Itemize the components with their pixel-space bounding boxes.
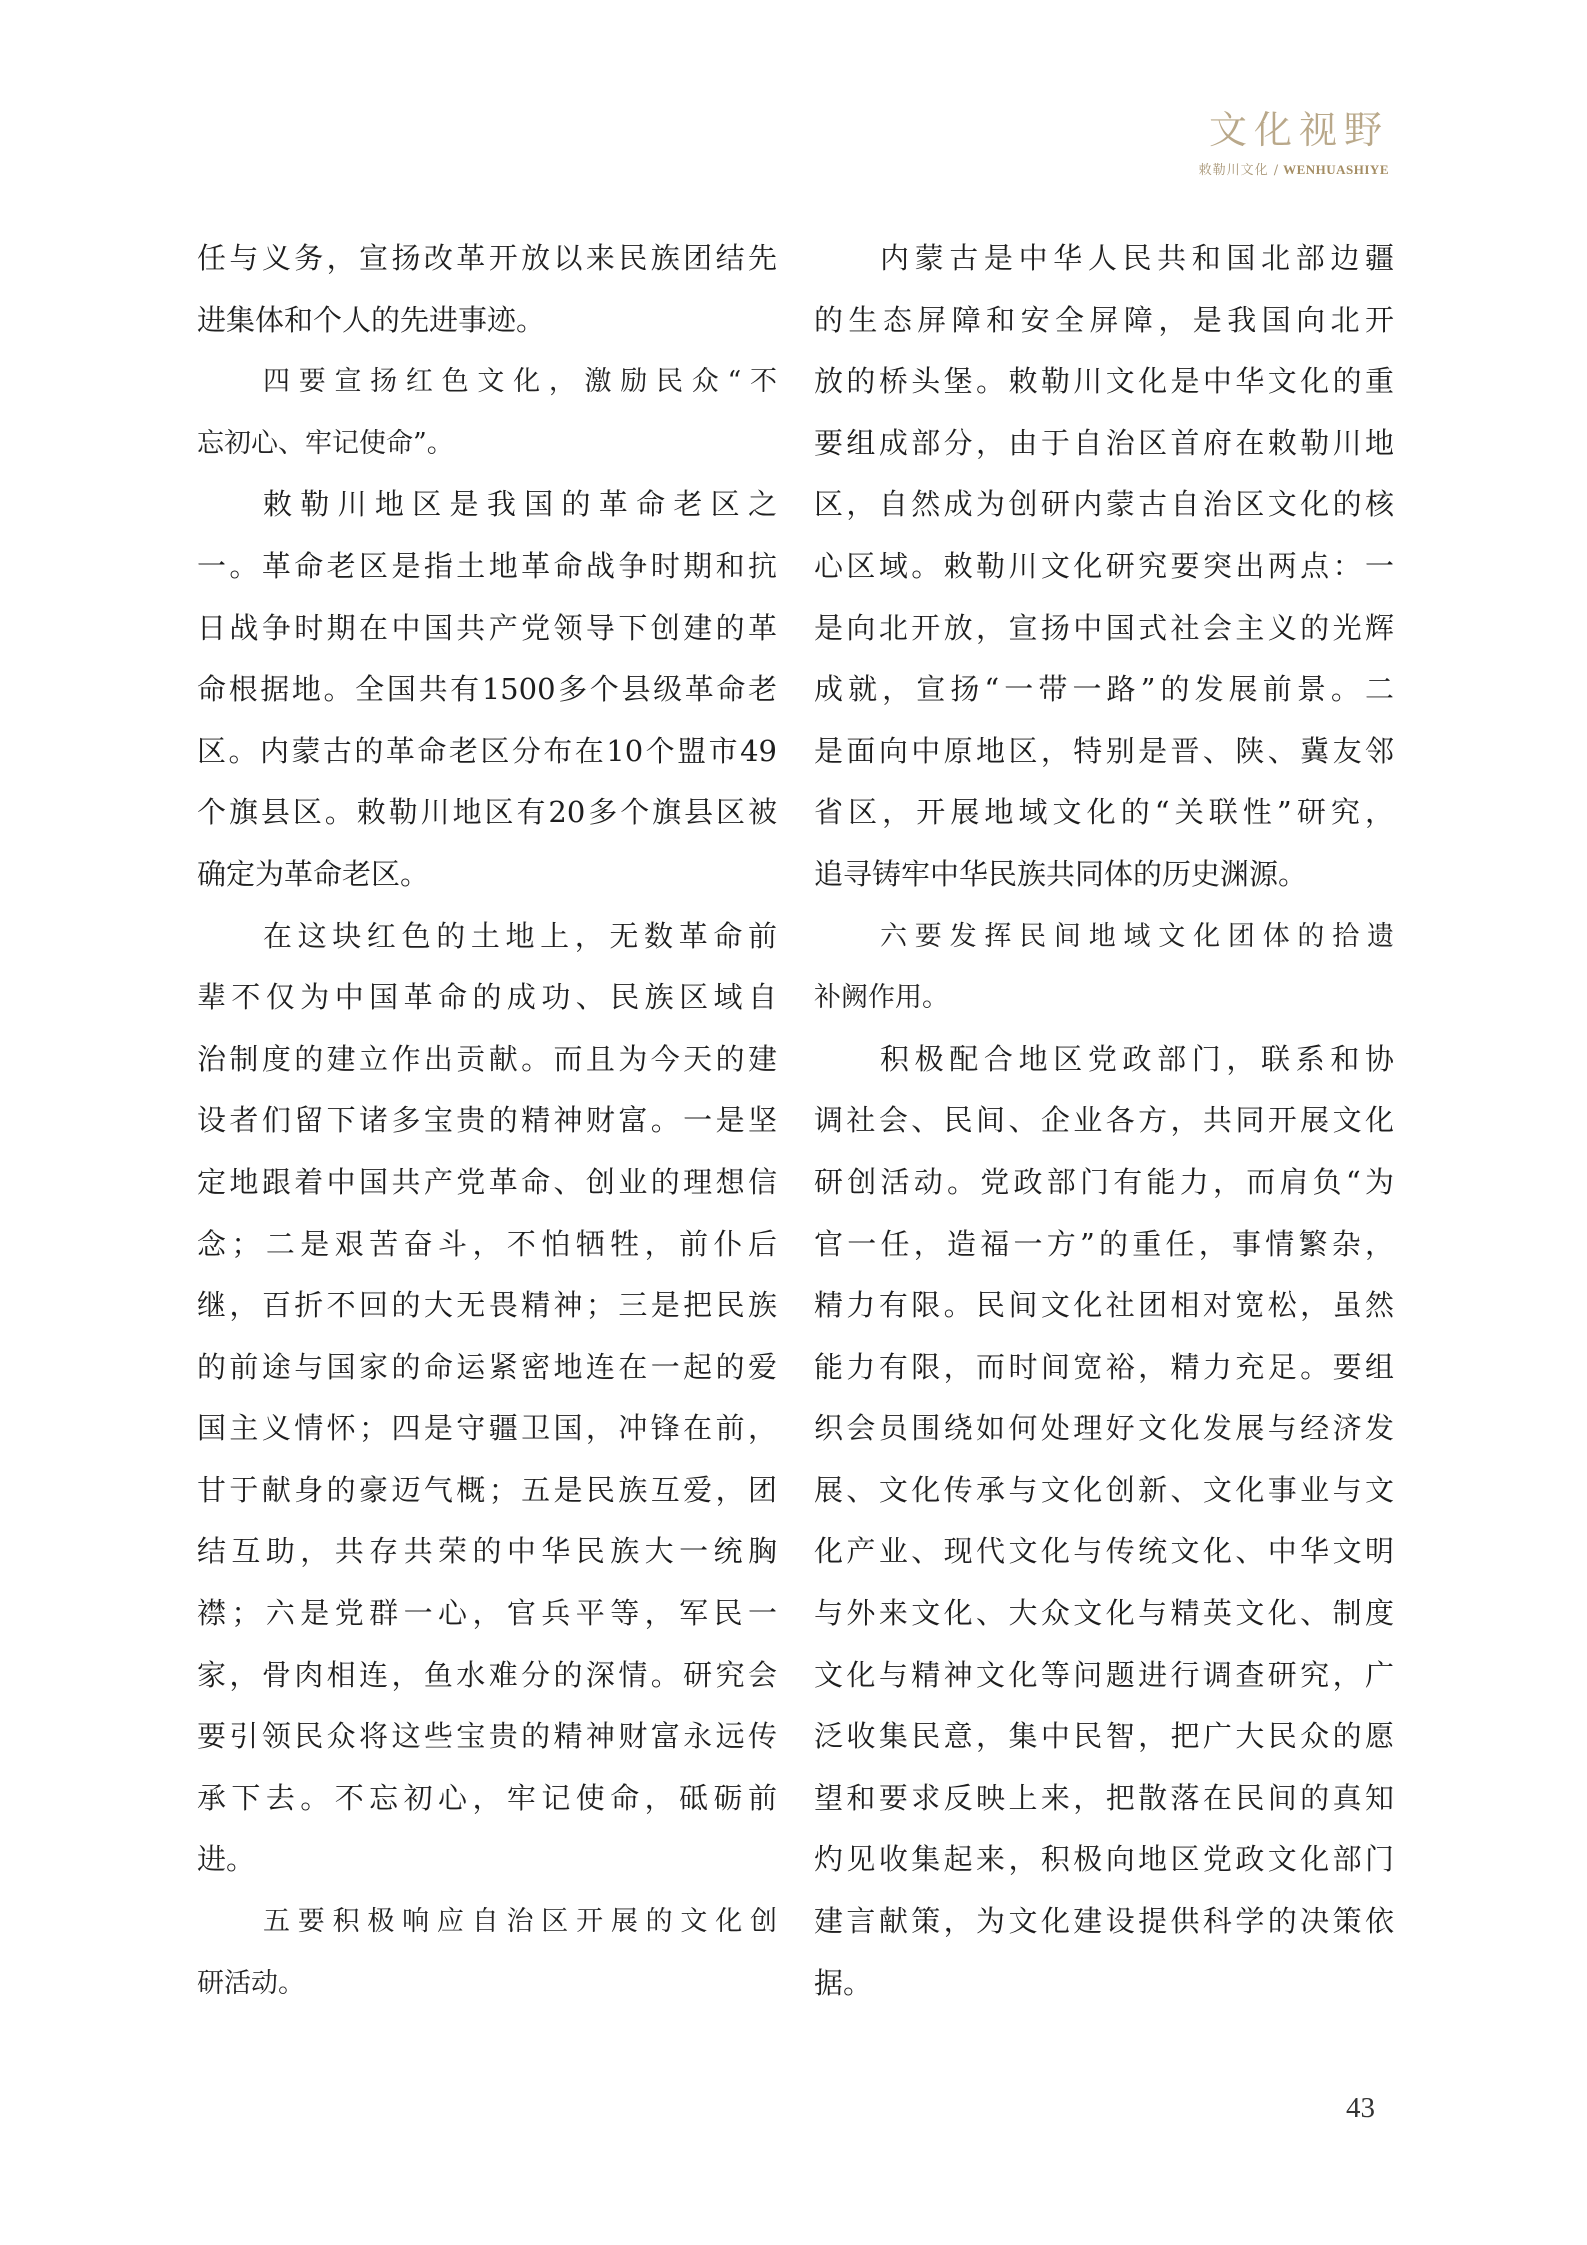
- body-text-line: 积极配合地区党政部门，联系和协: [814, 1029, 1394, 1091]
- body-text-line: 织会员围绕如何处理好文化发展与经济发: [814, 1398, 1394, 1460]
- body-text-line: 泛收集民意，集中民智，把广大民众的愿: [814, 1706, 1394, 1768]
- body-text-line: 调社会、民间、企业各方，共同开展文化: [814, 1090, 1394, 1152]
- body-text-line: 进。: [197, 1829, 777, 1891]
- body-text-line: 辈不仅为中国革命的成功、民族区域自: [197, 967, 777, 1029]
- body-text-line: 是面向中原地区，特别是晋、陕、冀友邻: [814, 721, 1394, 783]
- right-column: 内蒙古是中华人民共和国北部边疆的生态屏障和安全屏障，是我国向北开放的桥头堡。敕勒…: [814, 228, 1394, 2014]
- body-text-line: 与外来文化、大众文化与精英文化、制度: [814, 1583, 1394, 1645]
- body-text-line: 化产业、现代文化与传统文化、中华文明: [814, 1521, 1394, 1583]
- body-text-line: 展、文化传承与文化创新、文化事业与文: [814, 1460, 1394, 1522]
- body-text-line: 承下去。不忘初心，牢记使命，砥砺前: [197, 1768, 777, 1830]
- section-subtitle: 敕勒川文化/WENHUASHIYE: [1199, 162, 1389, 179]
- body-text-line: 成就，宣扬“一带一路”的发展前景。二: [814, 659, 1394, 721]
- body-text-line: 一。革命老区是指土地革命战争时期和抗: [197, 536, 777, 598]
- body-text-line: 内蒙古是中华人民共和国北部边疆: [814, 228, 1394, 290]
- body-text-line: 在这块红色的土地上，无数革命前: [197, 906, 777, 968]
- body-text-line: 甘于献身的豪迈气概；五是民族互爱，团: [197, 1460, 777, 1522]
- body-text-line: 继，百折不回的大无畏精神；三是把民族: [197, 1275, 777, 1337]
- body-text-line: 研创活动。党政部门有能力，而肩负“为: [814, 1152, 1394, 1214]
- body-text-line: 灼见收集起来，积极向地区党政文化部门: [814, 1829, 1394, 1891]
- body-text-line: 要组成部分，由于自治区首府在敕勒川地: [814, 413, 1394, 475]
- body-text-line: 治制度的建立作出贡献。而且为今天的建: [197, 1029, 777, 1091]
- body-text-line: 建言献策，为文化建设提供科学的决策依: [814, 1891, 1394, 1953]
- body-text-line: 结互助，共存共荣的中华民族大一统胸: [197, 1521, 777, 1583]
- body-text-line: 襟；六是党群一心，官兵平等，军民一: [197, 1583, 777, 1645]
- body-text-line: 心区域。敕勒川文化研究要突出两点：一: [814, 536, 1394, 598]
- body-text-line: 念；二是艰苦奋斗，不怕牺牲，前仆后: [197, 1214, 777, 1276]
- body-text-line: 进集体和个人的先进事迹。: [197, 290, 777, 352]
- subtitle-cn: 敕勒川文化: [1199, 163, 1269, 178]
- body-text-line: 要引领民众将这些宝贵的精神财富永远传: [197, 1706, 777, 1768]
- section-heading-line: 研活动。: [197, 1953, 777, 2015]
- body-text-line: 的前途与国家的命运紧密地连在一起的爱: [197, 1337, 777, 1399]
- body-text-line: 国主义情怀；四是守疆卫国，冲锋在前，: [197, 1398, 777, 1460]
- section-title: 文化视野: [1199, 108, 1389, 152]
- section-heading-line: 补阙作用。: [814, 967, 1394, 1029]
- body-text-line: 定地跟着中国共产党革命、创业的理想信: [197, 1152, 777, 1214]
- section-heading-line: 六要发挥民间地域文化团体的拾遗: [814, 906, 1394, 968]
- body-text-line: 据。: [814, 1953, 1394, 2015]
- body-text-line: 精力有限。民间文化社团相对宽松，虽然: [814, 1275, 1394, 1337]
- section-heading-line: 四要宣扬红色文化，激励民众“不: [197, 351, 777, 413]
- section-heading-line: 忘初心、牢记使命”。: [197, 413, 777, 475]
- body-text-line: 的生态屏障和安全屏障，是我国向北开: [814, 290, 1394, 352]
- body-text-line: 个旗县区。敕勒川地区有20多个旗县区被: [197, 782, 777, 844]
- body-text-line: 任与义务，宣扬改革开放以来民族团结先: [197, 228, 777, 290]
- body-text-line: 区。内蒙古的革命老区分布在10个盟市49: [197, 721, 777, 783]
- body-text-line: 家，骨肉相连，鱼水难分的深情。研究会: [197, 1645, 777, 1707]
- body-text-line: 文化与精神文化等问题进行调查研究，广: [814, 1645, 1394, 1707]
- body-text-line: 日战争时期在中国共产党领导下创建的革: [197, 598, 777, 660]
- body-text-line: 放的桥头堡。敕勒川文化是中华文化的重: [814, 351, 1394, 413]
- body-text-line: 设者们留下诸多宝贵的精神财富。一是坚: [197, 1090, 777, 1152]
- section-header: 文化视野 敕勒川文化/WENHUASHIYE: [1199, 108, 1389, 179]
- body-text-line: 能力有限，而时间宽裕，精力充足。要组: [814, 1337, 1394, 1399]
- left-column: 任与义务，宣扬改革开放以来民族团结先进集体和个人的先进事迹。四要宣扬红色文化，激…: [197, 228, 777, 2014]
- body-text-line: 命根据地。全国共有1500多个县级革命老: [197, 659, 777, 721]
- body-text-line: 官一任，造福一方”的重任，事情繁杂，: [814, 1214, 1394, 1276]
- section-heading-line: 五要积极响应自治区开展的文化创: [197, 1891, 777, 1953]
- body-text-line: 望和要求反映上来，把散落在民间的真知: [814, 1768, 1394, 1830]
- body-text-line: 省区，开展地域文化的“关联性”研究，: [814, 782, 1394, 844]
- subtitle-separator: /: [1274, 163, 1278, 178]
- body-text-line: 是向北开放，宣扬中国式社会主义的光辉: [814, 598, 1394, 660]
- body-text-line: 区，自然成为创研内蒙古自治区文化的核: [814, 474, 1394, 536]
- body-text-line: 敕勒川地区是我国的革命老区之: [197, 474, 777, 536]
- subtitle-en: WENHUASHIYE: [1283, 162, 1389, 177]
- page-number: 43: [1346, 2092, 1375, 2125]
- body-text-line: 确定为革命老区。: [197, 844, 777, 906]
- body-text-line: 追寻铸牢中华民族共同体的历史渊源。: [814, 844, 1394, 906]
